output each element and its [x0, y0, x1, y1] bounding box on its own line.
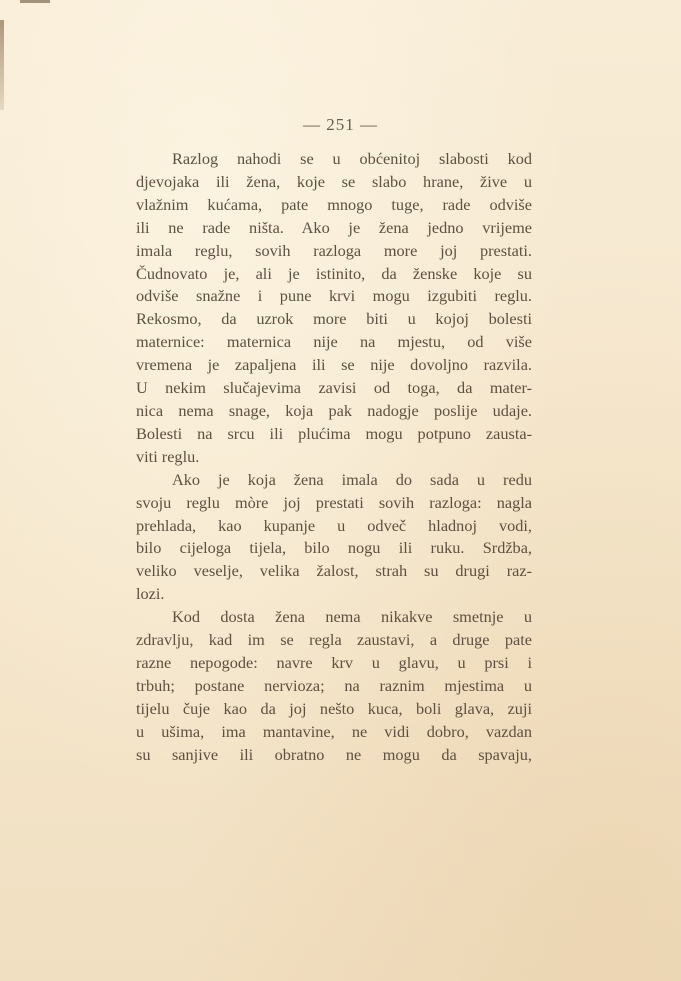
paragraph-1: Razlog nahodi se u obćenitoj slabosti ko… — [136, 148, 532, 469]
text-line: viti reglu. — [136, 446, 532, 469]
text-line: zdravlju, kad im se regla zaustavi, a dr… — [136, 629, 532, 652]
text-line: razne nepogode: navre krv u glavu, u prs… — [136, 652, 532, 675]
page-edge-shadow — [0, 20, 4, 110]
text-line: maternice: maternica nije na mjestu, od … — [136, 331, 532, 354]
text-line: vlažnim kućama, pate mnogo tuge, rade od… — [136, 194, 532, 217]
text-line: ili ne rade ništa. Ako je žena jedno vri… — [136, 217, 532, 240]
text-line: svoju reglu mòre joj prestati sovih razl… — [136, 492, 532, 515]
page-edge-mark — [20, 0, 50, 3]
text-line: su sanjive ili obratno ne mogu da spavaj… — [136, 744, 532, 767]
text-line: veliko veselje, velika žalost, strah su … — [136, 560, 532, 583]
paragraph-2: Ako je koja žena imala do sada u redu sv… — [136, 469, 532, 606]
text-line: lozi. — [136, 583, 532, 606]
text-line: trbuh; postane nervioza; na raznim mjest… — [136, 675, 532, 698]
text-line: vremena je zapaljena ili se nije dovoljn… — [136, 354, 532, 377]
paragraph-3: Kod dosta žena nema nikakve smetnje u zd… — [136, 606, 532, 766]
text-line: djevojaka ili žena, koje se slabo hrane,… — [136, 171, 532, 194]
text-line: Rekosmo, da uzrok more biti u kojoj bole… — [136, 308, 532, 331]
text-line: bilo cijeloga tijela, bilo nogu ili ruku… — [136, 537, 532, 560]
body-text: Razlog nahodi se u obćenitoj slabosti ko… — [136, 148, 532, 766]
text-line: Ako je koja žena imala do sada u redu — [136, 469, 532, 492]
text-line: Kod dosta žena nema nikakve smetnje u — [136, 606, 532, 629]
text-line: u ušima, ima mantavine, ne vidi dobro, v… — [136, 721, 532, 744]
page-number: — 251 — — [0, 115, 681, 135]
text-line: imala reglu, sovih razloga more joj pres… — [136, 240, 532, 263]
text-line: Čudnovato je, ali je istinito, da ženske… — [136, 263, 532, 286]
text-line: Razlog nahodi se u obćenitoj slabosti ko… — [136, 148, 532, 171]
text-line: U nekim slučajevima zavisi od toga, da m… — [136, 377, 532, 400]
text-line: tijelu čuje kao da joj nešto kuca, boli … — [136, 698, 532, 721]
text-line: odviše snažne i pune krvi mogu izgubiti … — [136, 285, 532, 308]
book-page: — 251 — Razlog nahodi se u obćenitoj sla… — [0, 0, 681, 981]
text-line: Bolesti na srcu ili plućima mogu potpuno… — [136, 423, 532, 446]
text-line: nica nema snage, koja pak nadogje poslij… — [136, 400, 532, 423]
text-line: prehlada, kao kupanje u odveč hladnoj vo… — [136, 515, 532, 538]
